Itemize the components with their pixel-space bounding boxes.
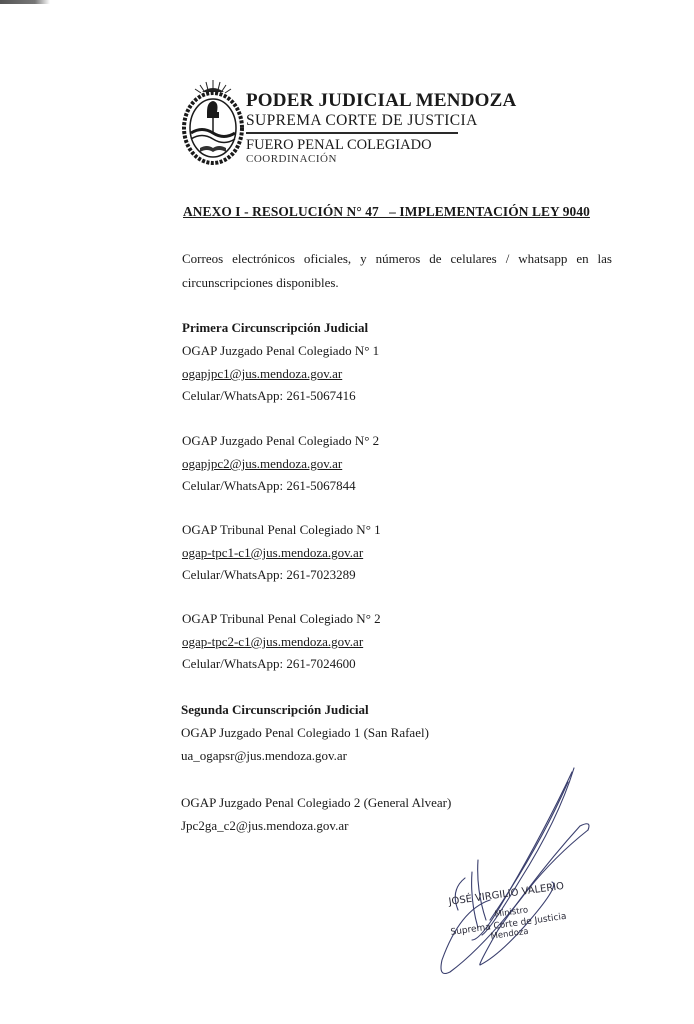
division-name: FUERO PENAL COLEGIADO [246,137,516,153]
letterhead-text: PODER JUDICIAL MENDOZA SUPREMA CORTE DE … [246,90,516,166]
office-phone: Celular/WhatsApp: 261-7024600 [182,656,356,672]
handwritten-signature-icon [420,760,620,990]
office-email[interactable]: Jpc2ga_c2@jus.mendoza.gov.ar [181,818,348,834]
office-email-link[interactable]: ogap-tpc1-c1@jus.mendoza.gov.ar [182,545,363,561]
office-name: OGAP Juzgado Penal Colegiado N° 1 [182,343,379,359]
office-email-link[interactable]: ogapjpc2@jus.mendoza.gov.ar [182,456,342,472]
office-email[interactable]: ua_ogapsr@jus.mendoza.gov.ar [181,748,347,764]
coat-of-arms-icon [180,78,246,170]
office-phone: Celular/WhatsApp: 261-5067844 [182,478,356,494]
institution-name: PODER JUDICIAL MENDOZA [246,90,516,112]
section-heading: Segunda Circunscripción Judicial [181,702,369,718]
section-heading: Primera Circunscripción Judicial [182,320,368,336]
office-name: OGAP Tribunal Penal Colegiado N° 2 [182,611,381,627]
office-name: OGAP Tribunal Penal Colegiado N° 1 [182,522,381,538]
office-phone: Celular/WhatsApp: 261-7023289 [182,567,356,583]
court-name: SUPREMA CORTE DE JUSTICIA [246,112,516,130]
signature-block: JOSÉ VIRGILIO VALERIO Ministro Suprema C… [420,760,620,990]
office-email-link[interactable]: ogapjpc1@jus.mendoza.gov.ar [182,366,342,382]
office-email-link[interactable]: ogap-tpc2-c1@jus.mendoza.gov.ar [182,634,363,650]
office-name: OGAP Juzgado Penal Colegiado N° 2 [182,433,379,449]
office-phone: Celular/WhatsApp: 261-5067416 [182,388,356,404]
document-title: ANEXO I - RESOLUCIÓN N° 47 – IMPLEMENTAC… [183,204,590,220]
scan-edge-shadow [0,0,50,4]
intro-paragraph: Correos electrónicos oficiales, y número… [182,247,612,295]
unit-name: COORDINACIÓN [246,153,516,166]
letterhead: PODER JUDICIAL MENDOZA SUPREMA CORTE DE … [180,78,500,178]
office-name: OGAP Juzgado Penal Colegiado 2 (General … [181,795,451,811]
letterhead-divider [246,132,458,134]
office-name: OGAP Juzgado Penal Colegiado 1 (San Rafa… [181,725,429,741]
